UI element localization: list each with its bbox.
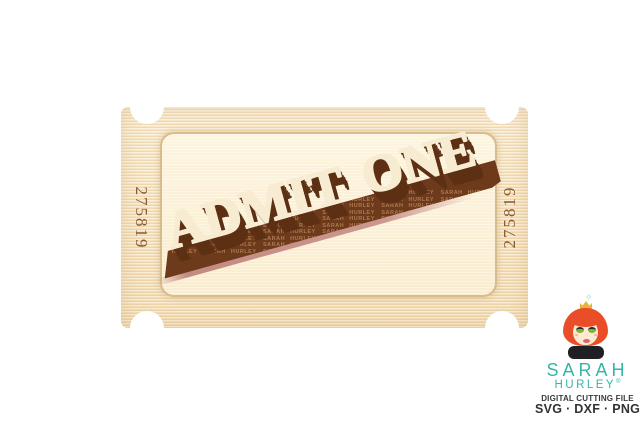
corner-notch-top-left [130,90,164,124]
canvas: 275819 275819 SARAH HURLEY SARAH HURLEY … [0,0,640,440]
avatar-blush-left [575,334,578,336]
avatar-lips [583,339,590,343]
avatar-fringe [572,316,599,327]
avatar-blush-right [594,334,597,336]
avatar-torso [568,346,604,359]
avatar-eye-right [588,327,596,333]
corner-notch-bottom-left [130,311,164,345]
brand-name-last: HURLEY® [535,379,640,391]
brand-name-last-text: HURLEY [554,379,616,391]
file-formats: SVG · DXF · PNG [535,402,640,416]
corner-notch-bottom-right [485,311,519,345]
brand-logo: ✧ SARAH HURLEY® DIGITAL CUTTING FILE SVG… [535,294,640,440]
avatar-eye-left [576,327,584,333]
avatar: ✧ [535,294,640,360]
registered-mark: ® [616,379,620,385]
admission-ticket: 275819 275819 SARAH HURLEY SARAH HURLEY … [121,107,528,328]
brand-name-first: SARAH [535,360,640,381]
